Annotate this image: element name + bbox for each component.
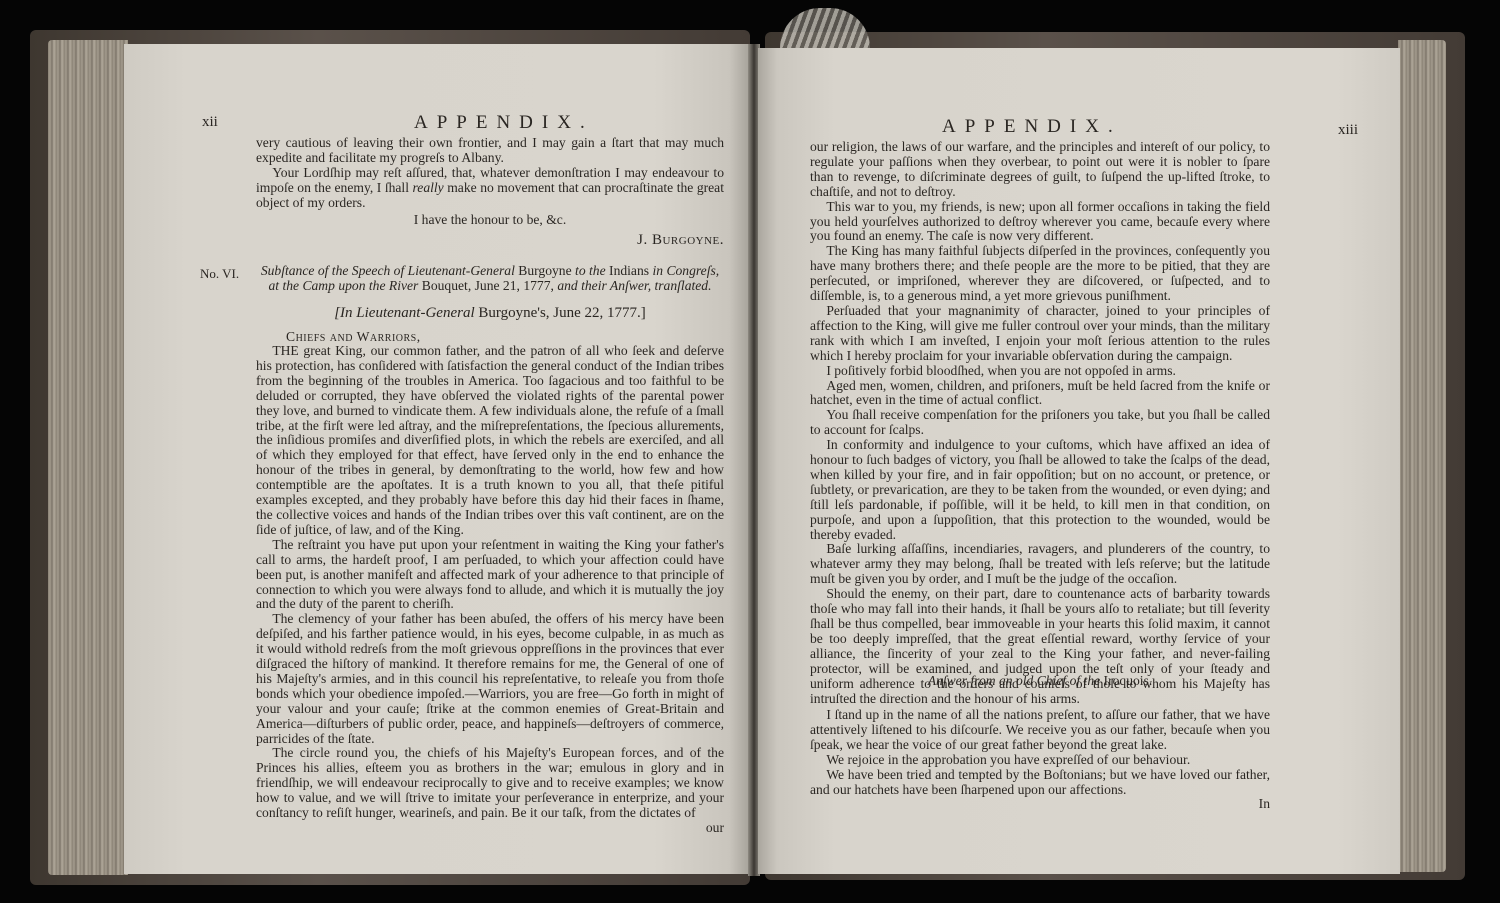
paragraph: I ſtand up in the name of all the nation…: [810, 708, 1270, 753]
book-headband: [780, 8, 870, 48]
paragraph: We have been tried and tempted by the Bo…: [810, 768, 1270, 798]
page-number: xiii: [1338, 122, 1358, 139]
section-number: No. VI.: [200, 266, 239, 282]
signature: J. Burgoyne.: [256, 233, 724, 248]
closing-line: I have the honour to be, &c.: [256, 213, 724, 228]
right-page: APPENDIX. xiii our religion, the laws of…: [758, 48, 1400, 874]
paragraph: The clemency of your father has been abu…: [256, 612, 724, 746]
catchword: In: [810, 797, 1270, 812]
enclosure-note: [In Lieutenant-General Burgoyne's, June …: [256, 306, 724, 321]
paragraph: This war to you, my friends, is new; upo…: [810, 200, 1270, 245]
answer-heading: Anſwer from an old Chief of the Iroquois…: [810, 674, 1270, 689]
paragraph: You ſhall receive compenſation for the p…: [810, 408, 1270, 438]
paragraph: I poſitively forbid bloodſhed, when you …: [810, 364, 1270, 379]
speech-body-left: THE great King, our common father, and t…: [256, 344, 724, 836]
left-page: xii APPENDIX. very cautious of leaving t…: [124, 44, 748, 874]
paragraph: our religion, the laws of our warfare, a…: [810, 140, 1270, 200]
page-edges-right: [1398, 40, 1446, 872]
paragraph: The reſtraint you have put upon your reſ…: [256, 538, 724, 613]
paragraph: We rejoice in the approbation you have e…: [810, 753, 1270, 768]
speech-body-right: our religion, the laws of our warfare, a…: [810, 140, 1270, 706]
section-title: Subſtance of the Speech of Lieutenant-Ge…: [256, 264, 724, 294]
paragraph: Your Lordſhip may reſt aſſured, that, wh…: [256, 166, 724, 211]
answer-body: I ſtand up in the name of all the nation…: [810, 708, 1270, 812]
catchword: our: [256, 821, 724, 836]
paragraph: Baſe lurking aſſaſſins, incendiaries, ra…: [810, 542, 1270, 587]
paragraph: The circle round you, the chiefs of his …: [256, 746, 724, 821]
running-head: APPENDIX.: [942, 116, 1122, 138]
paragraph: Perſuaded that your magnanimity of chara…: [810, 304, 1270, 364]
paragraph: Aged men, women, children, and priſoners…: [810, 379, 1270, 409]
paragraph: THE great King, our common father, and t…: [256, 344, 724, 538]
paragraph: very cautious of leaving their own front…: [256, 136, 724, 166]
running-head: APPENDIX.: [414, 112, 594, 134]
page-edges-left: [48, 40, 128, 875]
page-number: xii: [202, 114, 218, 131]
paragraph: In conformity and indulgence to your cuſ…: [810, 438, 1270, 542]
letter-conclusion: very cautious of leaving their own front…: [256, 136, 724, 248]
paragraph: The King has many faithful ſubjects diſp…: [810, 244, 1270, 304]
